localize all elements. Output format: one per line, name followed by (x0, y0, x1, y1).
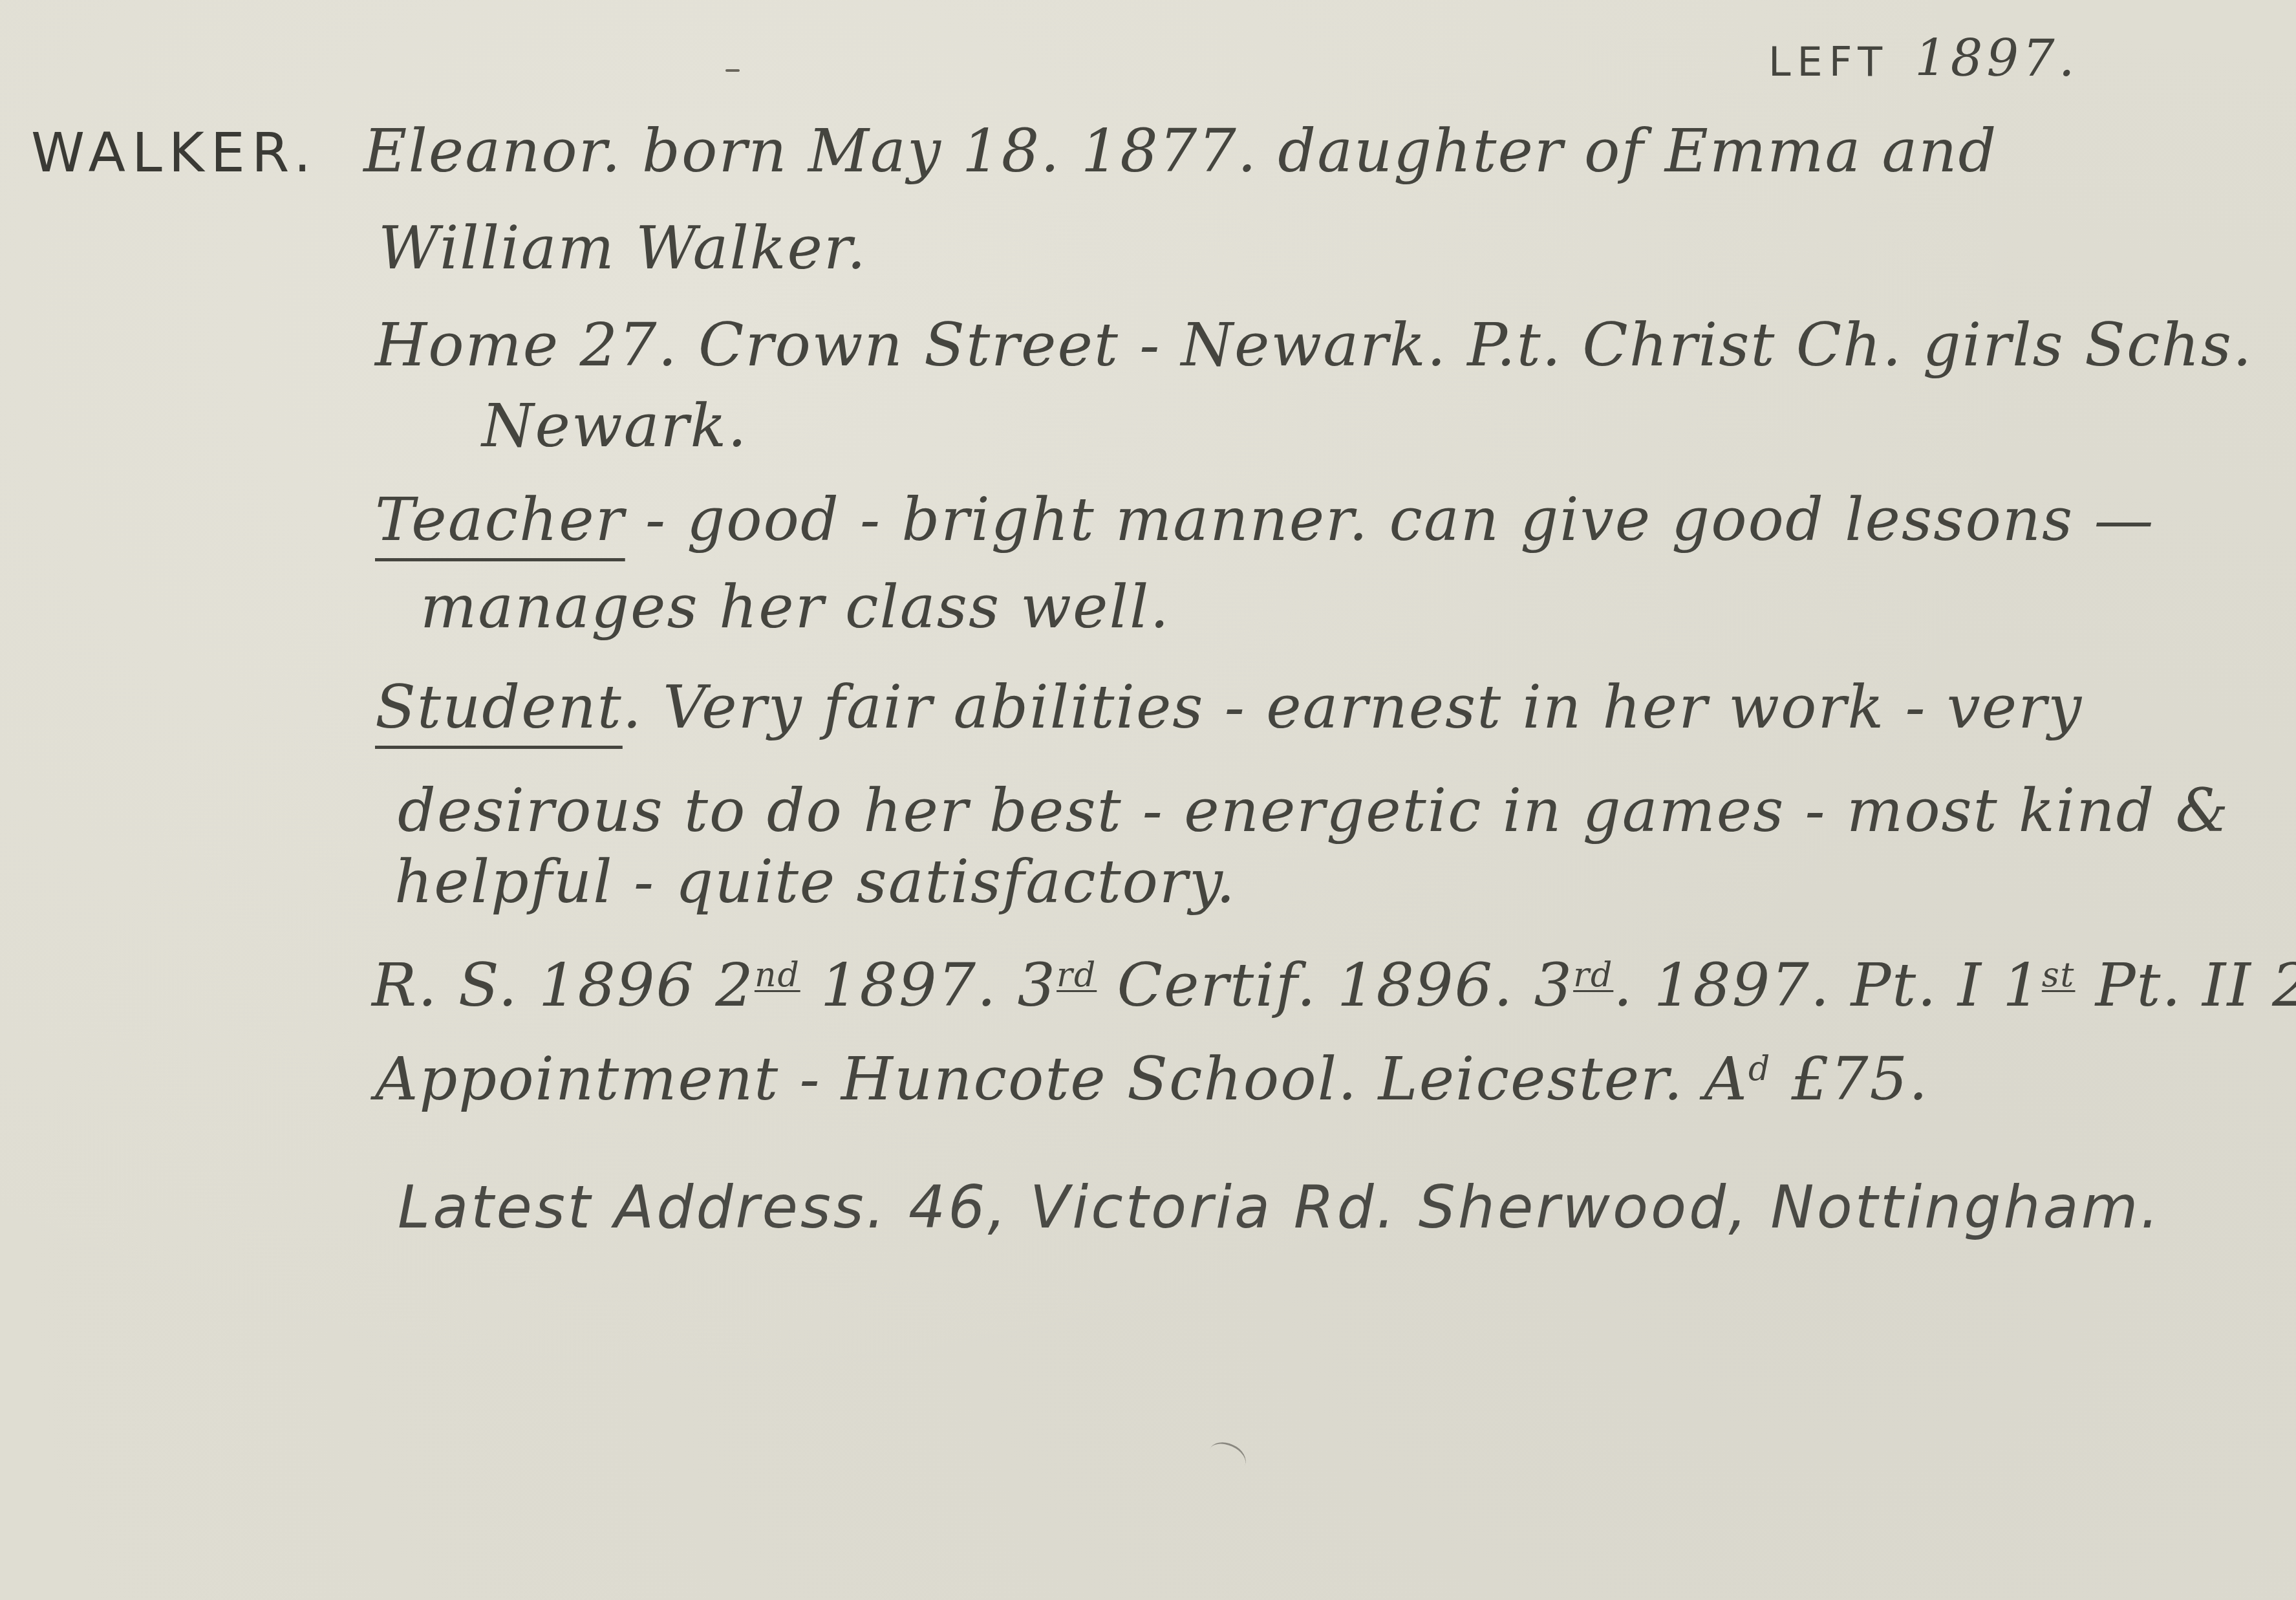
student-remarks-end: helpful - quite satisfactory. (394, 847, 1236, 916)
left-date-stamp: LEFT1897. (1768, 21, 2078, 90)
exam-results-line: R. S. 1896 2nd 1897. 3rd Certif. 1896. 3… (372, 951, 2296, 1020)
appointment-sup: d (1748, 1050, 1771, 1088)
teacher-line-2: manages her class well. (420, 572, 1170, 642)
teacher-remarks-cont: manages her class well. (420, 572, 1170, 642)
exam-prefix: R. S. 1896 2 (372, 951, 755, 1020)
exam-sup-2: rd (1057, 956, 1097, 995)
student-line-1: Student. Very fair abilities - earnest i… (375, 673, 2083, 742)
entry-line-2: William Walker. (378, 213, 867, 283)
teacher-label: Teacher (375, 485, 625, 554)
student-line-3: helpful - quite satisfactory. (394, 847, 1236, 916)
left-year: 1897. (1915, 30, 2078, 88)
home-address: Home 27. Crown Street - Newark. P.t. Chr… (375, 310, 2253, 380)
father-name: William Walker. (378, 213, 867, 283)
exam-sup-4: st (2042, 956, 2076, 995)
left-label: LEFT (1768, 38, 1889, 85)
paper-fiber (1204, 1436, 1251, 1478)
appointment-line: Appointment - Huncote School. Leicester.… (375, 1044, 1929, 1114)
birth-and-parents: Eleanor. born May 18. 1877. daughter of … (363, 116, 1997, 186)
student-label: Student (375, 673, 623, 742)
exam-mid-4: Pt. II 2 (2075, 951, 2296, 1020)
entry-line-1: WALKER. Eleanor. born May 18. 1877. daug… (31, 116, 1997, 186)
exam-mid-2: Certif. 1896. 3 (1097, 951, 1573, 1020)
home-line-2: Newark. (482, 391, 748, 460)
appointment-salary: £75. (1771, 1044, 1929, 1114)
latest-address: Latest Address. 46, Victoria Rd. Sherwoo… (398, 1174, 2162, 1242)
exam-sup-3: rd (1573, 956, 1613, 995)
teacher-remarks: - good - bright manner. can give good le… (625, 485, 2155, 554)
home-town: Newark. (482, 391, 748, 460)
student-line-2: desirous to do her best - energetic in g… (398, 776, 2229, 845)
register-page: LEFT1897. WALKER. Eleanor. born May 18. … (0, 0, 2296, 1600)
teacher-line-1: Teacher - good - bright manner. can give… (375, 485, 2155, 554)
home-line-1: Home 27. Crown Street - Newark. P.t. Chr… (375, 310, 2253, 380)
appointment-text: Appointment - Huncote School. Leicester.… (375, 1044, 1748, 1114)
exam-sup-1: nd (755, 956, 800, 995)
paper-speck (725, 69, 740, 72)
exam-mid-1: 1897. 3 (800, 951, 1057, 1020)
exam-mid-3: . 1897. Pt. I 1 (1613, 951, 2042, 1020)
latest-address-line: Latest Address. 46, Victoria Rd. Sherwoo… (398, 1174, 2162, 1242)
surname: WALKER. (31, 121, 317, 184)
student-remarks: . Very fair abilities - earnest in her w… (623, 673, 2083, 742)
student-remarks-cont: desirous to do her best - energetic in g… (398, 776, 2229, 845)
